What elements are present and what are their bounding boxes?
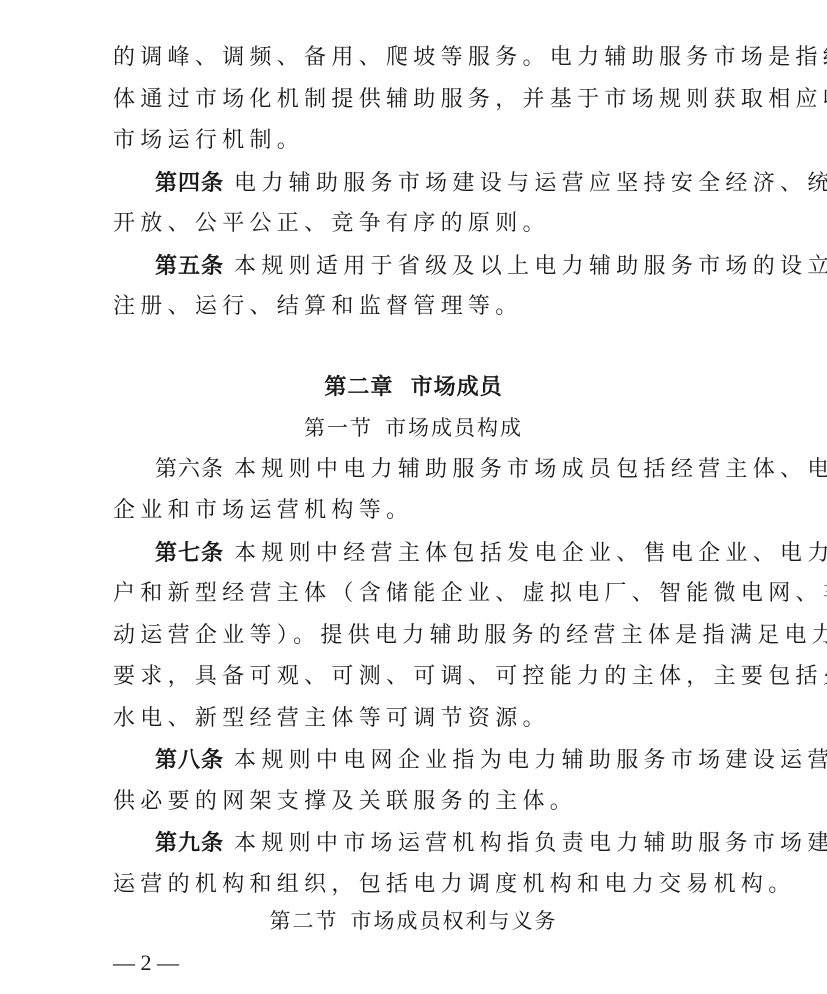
paragraph-line: 企业和市场运营机构等。	[113, 496, 713, 526]
paragraph-line: 体通过市场化机制提供辅助服务，并基于市场规则获取相应收益的	[113, 85, 713, 115]
paragraph-line: 户和新型经营主体（含储能企业、虚拟电厂、智能微电网、车网互	[113, 579, 713, 609]
article-5-label: 第五条	[155, 253, 224, 279]
paragraph-line: 开放、公平公正、竞争有序的原则。	[113, 209, 713, 239]
article-4-text: 电力辅助服务市场建设与运营应坚持安全经济、统一	[234, 171, 827, 196]
article-8-text: 本规则中电网企业指为电力辅助服务市场建设运营提	[234, 748, 827, 773]
article-4-label: 第四条	[155, 170, 224, 196]
chapter-heading: 第二章 市场成员	[0, 373, 827, 403]
paragraph-line: 水电、新型经营主体等可调节资源。	[113, 704, 713, 734]
chapter-label: 第二章	[324, 375, 393, 400]
section-1-heading: 第一节市场成员构成	[0, 413, 827, 443]
article-9-first-line: 第九条本规则中市场运营机构指负责电力辅助服务市场建设	[155, 828, 755, 858]
section-1-title: 市场成员构成	[385, 416, 523, 440]
paragraph-line: 市场运行机制。	[113, 126, 713, 156]
paragraph-line: 动运营企业等）。提供电力辅助服务的经营主体是指满足电力市场	[113, 621, 713, 651]
article-5-text: 本规则适用于省级及以上电力辅助服务市场的设立、	[234, 254, 827, 279]
document-page: 的调峰、调频、备用、爬坡等服务。电力辅助服务市场是指经营主 体通过市场化机制提供…	[0, 0, 827, 994]
paragraph-line: 供必要的网架支撑及关联服务的主体。	[113, 787, 713, 817]
article-6-text: 本规则中电力辅助服务市场成员包括经营主体、电网	[234, 457, 827, 482]
article-9-label: 第九条	[155, 830, 224, 856]
paragraph-line: 的调峰、调频、备用、爬坡等服务。电力辅助服务市场是指经营主	[113, 43, 713, 73]
paragraph-line: 要求，具备可观、可测、可调、可控能力的主体，主要包括火电、	[113, 662, 713, 692]
chapter-title: 市场成员	[411, 375, 503, 400]
article-9-text: 本规则中市场运营机构指负责电力辅助服务市场建设	[234, 831, 827, 856]
article-6-first-line: 第六条本规则中电力辅助服务市场成员包括经营主体、电网	[155, 455, 755, 485]
section-2-heading: 第二节市场成员权利与义务	[0, 906, 827, 936]
article-4-first-line: 第四条电力辅助服务市场建设与运营应坚持安全经济、统一	[155, 168, 755, 198]
page-number: — 2 —	[113, 948, 179, 978]
article-8-label: 第八条	[155, 747, 224, 773]
article-7-text: 本规则中经营主体包括发电企业、售电企业、电力用	[234, 541, 827, 566]
article-7-first-line: 第七条本规则中经营主体包括发电企业、售电企业、电力用	[155, 538, 755, 568]
paragraph-line: 注册、运行、结算和监督管理等。	[113, 292, 713, 322]
article-6-label: 第六条	[155, 457, 224, 482]
article-5-first-line: 第五条本规则适用于省级及以上电力辅助服务市场的设立、	[155, 251, 755, 281]
section-2-label: 第二节	[270, 909, 339, 933]
paragraph-line: 运营的机构和组织，包括电力调度机构和电力交易机构。	[113, 870, 713, 900]
section-2-title: 市场成员权利与义务	[351, 909, 558, 933]
article-8-first-line: 第八条本规则中电网企业指为电力辅助服务市场建设运营提	[155, 745, 755, 775]
section-1-label: 第一节	[304, 416, 373, 440]
article-7-label: 第七条	[155, 540, 224, 566]
